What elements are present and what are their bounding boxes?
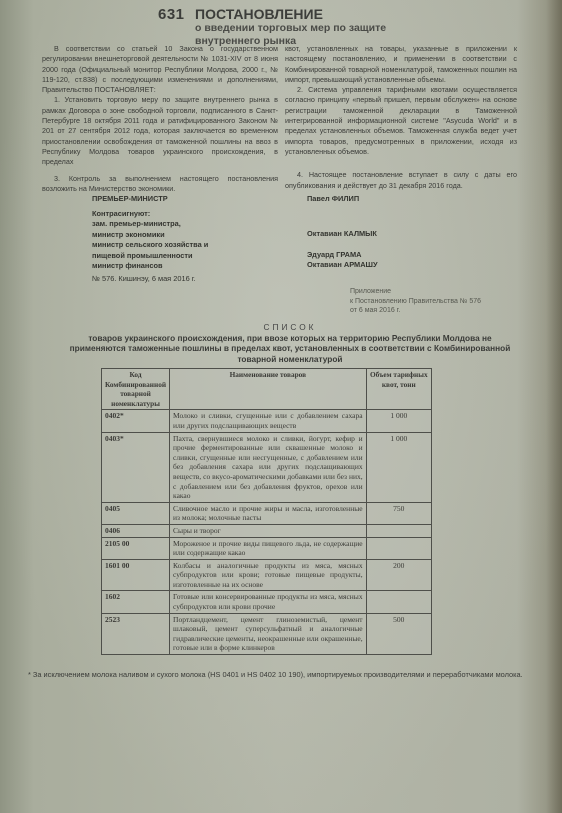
list-description: товаров украинского происхождения, при в… (60, 333, 520, 365)
signer-3-name: Октавиан АРМАШУ (307, 260, 378, 271)
description-cell: Готовые или консервированные продукты из… (170, 591, 367, 613)
description-cell: Мороженое и прочие виды пищевого льда, н… (170, 537, 367, 559)
volume-cell: 1 000 (366, 410, 431, 432)
code-cell: 0403* (102, 432, 170, 502)
table-row: 2523Портландцемент, цемент глиноземистый… (102, 613, 432, 654)
code-cell: 0402* (102, 410, 170, 432)
signer-2-title: министр сельского хозяйства и пищевой пр… (92, 240, 208, 261)
item-2: 2. Система управления тарифными квотами … (285, 85, 517, 157)
signer-1-name: Октавиан КАЛМЫК (307, 229, 377, 240)
pm-title: ПРЕМЬЕР-МИНИСТР (92, 194, 168, 205)
description-cell: Сыры и творог (170, 524, 367, 537)
signer-1-title: зам. премьер-министра, министр экономики (92, 219, 181, 240)
header-description: Наименование товаров (170, 369, 367, 410)
header-code: Код Комбинированной товарной номенклатур… (102, 369, 170, 410)
pm-name: Павел ФИЛИП (307, 194, 359, 205)
item-1-continued: квот, установленных на товары, указанные… (285, 44, 517, 85)
code-cell: 2523 (102, 613, 170, 654)
description-cell: Портландцемент, цемент глиноземистый, це… (170, 613, 367, 654)
appendix-line-1: Приложение (350, 287, 481, 297)
decree-title: ПОСТАНОВЛЕНИЕ (195, 6, 323, 22)
decree-number: 631 (158, 6, 185, 23)
code-cell: 1601 00 (102, 559, 170, 591)
decree-reference: № 576. Кишинэу, 6 мая 2016 г. (92, 274, 196, 285)
table-row: 0403*Пахта, свернувшиеся молоко и сливки… (102, 432, 432, 502)
table-row: 0405Сливочное масло и прочие жиры и масл… (102, 502, 432, 524)
volume-cell: 750 (366, 502, 431, 524)
tariff-quota-table: Код Комбинированной товарной номенклатур… (101, 368, 432, 655)
footnote: * За исключением молока наливом и сухого… (28, 669, 548, 680)
code-cell: 1602 (102, 591, 170, 613)
appendix-note: Приложение к Постановлению Правительства… (350, 287, 481, 316)
description-cell: Колбасы и аналогичные продукты из мяса, … (170, 559, 367, 591)
volume-cell: 500 (366, 613, 431, 654)
item-4: 4. Настоящее постановление вступает в си… (285, 170, 517, 191)
appendix-line-3: от 6 мая 2016 г. (350, 306, 481, 316)
description-cell: Пахта, свернувшиеся молоко и сливки, йог… (170, 432, 367, 502)
table-header-row: Код Комбинированной товарной номенклатур… (102, 369, 432, 410)
list-heading: СПИСОК (60, 322, 520, 333)
countersign-label: Контрасигнуют: (92, 209, 150, 220)
document-page: 631 ПОСТАНОВЛЕНИЕ о введении торговых ме… (0, 0, 562, 813)
table-row: 1602Готовые или консервированные продукт… (102, 591, 432, 613)
volume-cell (366, 591, 431, 613)
appendix-line-2: к Постановлению Правительства № 576 (350, 297, 481, 307)
header-volume: Объем тарифных квот, тонн (366, 369, 431, 410)
table-row: 0402*Молоко и сливки, сгущенные или с до… (102, 410, 432, 432)
volume-cell (366, 537, 431, 559)
list-title: СПИСОК товаров украинского происхождения… (60, 322, 520, 364)
table-row: 2105 00Мороженое и прочие виды пищевого … (102, 537, 432, 559)
preamble: В соответствии со статьей 10 Закона о го… (42, 44, 278, 95)
item-1: 1. Установить торговую меру по защите вн… (42, 95, 278, 167)
signer-3-title: министр финансов (92, 261, 163, 272)
volume-cell (366, 524, 431, 537)
page-edge-shadow (546, 0, 562, 813)
code-cell: 2105 00 (102, 537, 170, 559)
table-row: 1601 00Колбасы и аналогичные продукты из… (102, 559, 432, 591)
code-cell: 0405 (102, 502, 170, 524)
description-cell: Молоко и сливки, сгущенные или с добавле… (170, 410, 367, 432)
table-row: 0406Сыры и творог (102, 524, 432, 537)
right-column: квот, установленных на товары, указанные… (285, 44, 517, 191)
volume-cell: 1 000 (366, 432, 431, 502)
item-3: 3. Контроль за выполнением настоящего по… (42, 174, 278, 195)
description-cell: Сливочное масло и прочие жиры и масла, и… (170, 502, 367, 524)
signer-2-name: Эдуард ГРАМА (307, 250, 361, 261)
code-cell: 0406 (102, 524, 170, 537)
left-column: В соответствии со статьей 10 Закона о го… (42, 44, 278, 194)
volume-cell: 200 (366, 559, 431, 591)
